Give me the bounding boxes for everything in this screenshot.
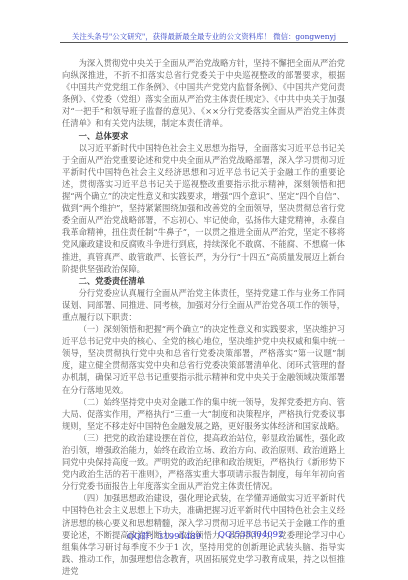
document-body: 为深入贯彻党中央关于全面从严治党战略方针，坚持不懈把全面从严治党向纵深推进，不折… [62, 57, 345, 577]
qq-group-number: QQ群：31991489 [127, 530, 201, 542]
list-item-1: （一）深刻领悟和把握“两个确立”的决定性意义和实践要求，坚决维护习近平总书记党中… [62, 323, 345, 396]
document-page: 关注头条号"公文研究"，获得最新最全最专业的公文资料库！ 微信：gongweny… [0, 0, 408, 580]
list-item-4: （四）加强思想政治建设，强化理论武装，在学懂弄通做实习近平新时代中国特色社会主义… [62, 492, 345, 577]
intro-paragraph: 为深入贯彻党中央关于全面从严治党战略方针，坚持不懈把全面从严治党向纵深推进，不折… [62, 57, 345, 130]
section-heading-party-committee-list: 二、党委责任清单 [62, 275, 345, 287]
list-item-3: （三）把党的政治建设摆在首位，提高政治站位，彰显政治属性，强化政治引领，增强政治… [62, 432, 345, 492]
qq-number: QQ:535304092 [218, 530, 283, 540]
section-heading-general-requirements: 一、总体要求 [62, 130, 345, 142]
party-committee-intro-paragraph: 分行党委应认真履行全面从严治党主体责任，坚持党建工作与业务工作同谋划、同部署、同… [62, 287, 345, 323]
list-item-2: （二）始终坚持党中央对金融工作的集中统一领导，发挥党委把方向、管大局、促落实作用… [62, 396, 345, 432]
promo-header[interactable]: 关注头条号"公文研究"，获得最新最全最专业的公文资料库！ 微信：gongweny… [62, 31, 346, 42]
general-requirements-paragraph: 以习近平新时代中国特色社会主义思想为指导，全面落实习近平总书记关于全面从严治党重… [62, 142, 345, 275]
header-divider [60, 42, 348, 43]
